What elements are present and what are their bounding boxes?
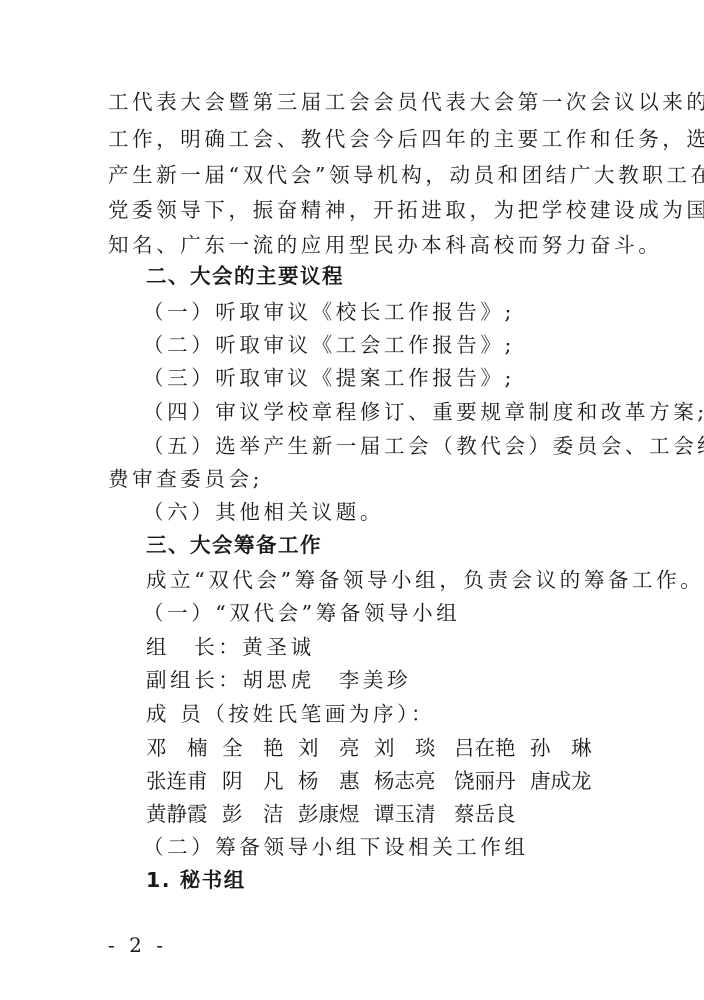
- page-number: - 2 -: [108, 933, 167, 957]
- member-name: 蔡岳良: [454, 802, 516, 826]
- section-heading: 三、大会筹备工作: [146, 533, 322, 557]
- member-name: 刘 琰: [374, 736, 436, 760]
- member-name: 杨志亮: [374, 769, 436, 793]
- group-heading: 1. 秘书组: [146, 868, 246, 892]
- paragraph-line: 工代表大会暨第三届工会会员代表大会第一次会议以来的: [108, 90, 704, 114]
- agenda-item-continuation: 费审查委员会;: [108, 467, 263, 491]
- agenda-item: （二）听取审议《工会工作报告》;: [143, 333, 515, 357]
- member-name: 张连甫: [146, 769, 208, 793]
- agenda-item: （五）选举产生新一届工会（教代会）委员会、工会经: [143, 434, 704, 458]
- paragraph-line: 工作，明确工会、教代会今后四年的主要工作和任务，选举: [108, 127, 704, 151]
- section-heading: 二、大会的主要议程: [146, 264, 344, 288]
- member-name: 杨 惠: [298, 769, 360, 793]
- member-name: 全 艳: [222, 736, 284, 760]
- member-name: 孙 琳: [530, 736, 592, 760]
- member-name: 彭 洁: [222, 802, 284, 826]
- paragraph-line: 知名、广东一流的应用型民办本科高校而努力奋斗。: [108, 233, 662, 257]
- document-page: 工代表大会暨第三届工会会员代表大会第一次会议以来的 工作，明确工会、教代会今后四…: [0, 0, 704, 1000]
- member-name: 饶丽丹: [454, 769, 516, 793]
- agenda-item: （三）听取审议《提案工作报告》;: [143, 366, 515, 390]
- member-name: 阴 凡: [222, 769, 284, 793]
- member-name: 邓 楠: [146, 736, 208, 760]
- subsection-heading: （一）“双代会”筹备领导小组: [143, 601, 460, 625]
- member-name: 刘 亮: [298, 736, 360, 760]
- member-name: 彭康煜: [298, 802, 360, 826]
- member-name: 唐成龙: [530, 769, 592, 793]
- members-label: 成 员（按姓氏笔画为序）：: [146, 702, 435, 726]
- agenda-item: （四）审议学校章程修订、重要规章制度和改革方案;: [143, 400, 704, 424]
- section-intro: 成立“双代会”筹备领导小组，负责会议的筹备工作。: [146, 568, 704, 592]
- leader-line: 组 长：黄圣诚: [146, 635, 315, 659]
- paragraph-line: 产生新一届“双代会”领导机构，动员和团结广大教职工在: [108, 163, 704, 187]
- paragraph-line: 党委领导下，振奋精神，开拓进取，为把学校建设成为国内: [108, 198, 704, 222]
- subsection-heading: （二）筹备领导小组下设相关工作组: [143, 835, 529, 859]
- agenda-item: （六）其他相关议题。: [143, 500, 384, 524]
- member-name: 吕在艳: [454, 736, 516, 760]
- agenda-item: （一）听取审议《校长工作报告》;: [143, 300, 515, 324]
- member-name: 黄静霞: [146, 802, 208, 826]
- member-name: 谭玉清: [374, 802, 436, 826]
- vice-leader-line: 副组长：胡思虎 李美珍: [146, 668, 411, 692]
